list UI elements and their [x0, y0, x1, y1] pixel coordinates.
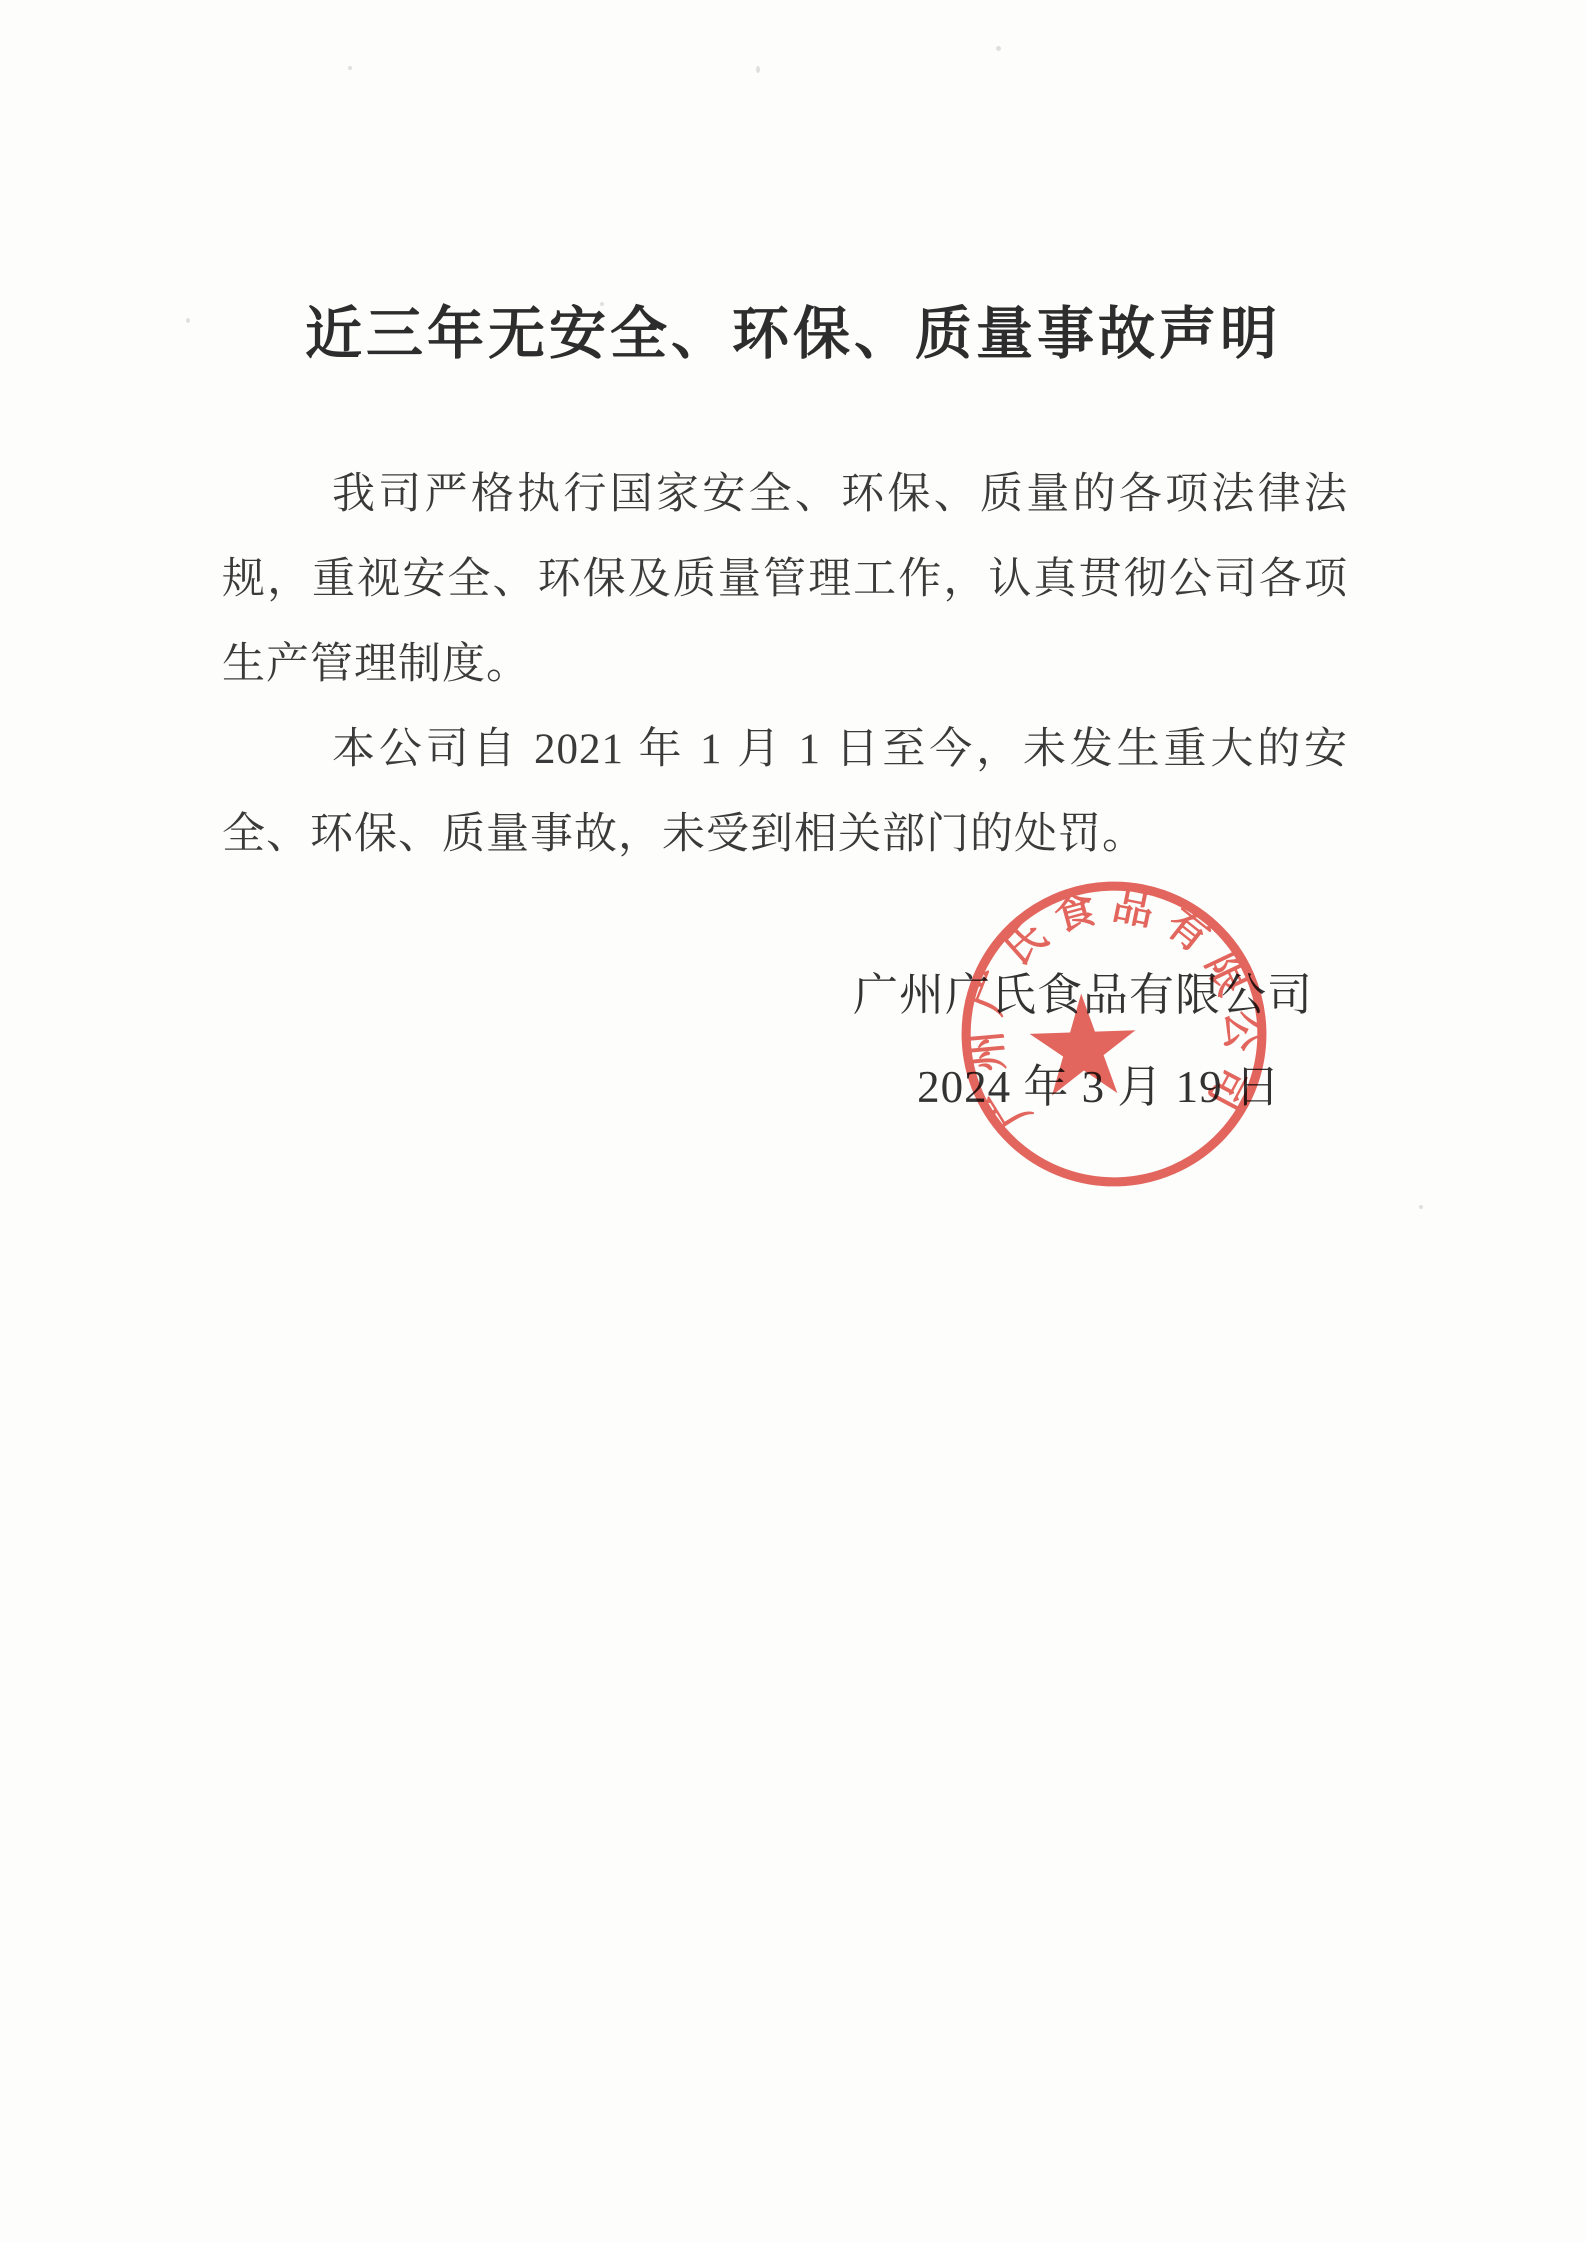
document-body: 我司严格执行国家安全、环保、质量的各项法律法规，重视安全、环保及质量管理工作，认…: [222, 452, 1348, 877]
document-page: 近三年无安全、环保、质量事故声明 我司严格执行国家安全、环保、质量的各项法律法规…: [0, 0, 1586, 2242]
signature-date: 2024 年 3 月 19 日: [859, 1050, 1339, 1115]
document-title: 近三年无安全、环保、质量事故声明: [0, 288, 1586, 370]
scan-artifact: [186, 318, 190, 323]
company-seal: 广州广氏食品有限公司: [951, 871, 1278, 1198]
scan-artifact: [600, 302, 604, 306]
seal-border: [961, 881, 1267, 1187]
paragraph-2: 本公司自 2021 年 1 月 1 日至今，未发生重大的安全、环保、质量事故，未…: [222, 707, 1348, 877]
scan-artifact: [348, 66, 352, 70]
scan-artifact: [996, 46, 1001, 51]
signature-company: 广州广氏食品有限公司: [843, 958, 1323, 1023]
paragraph-1: 我司严格执行国家安全、环保、质量的各项法律法规，重视安全、环保及质量管理工作，认…: [222, 452, 1348, 707]
scan-artifact: [756, 66, 760, 73]
scan-artifact: [1419, 1205, 1423, 1209]
